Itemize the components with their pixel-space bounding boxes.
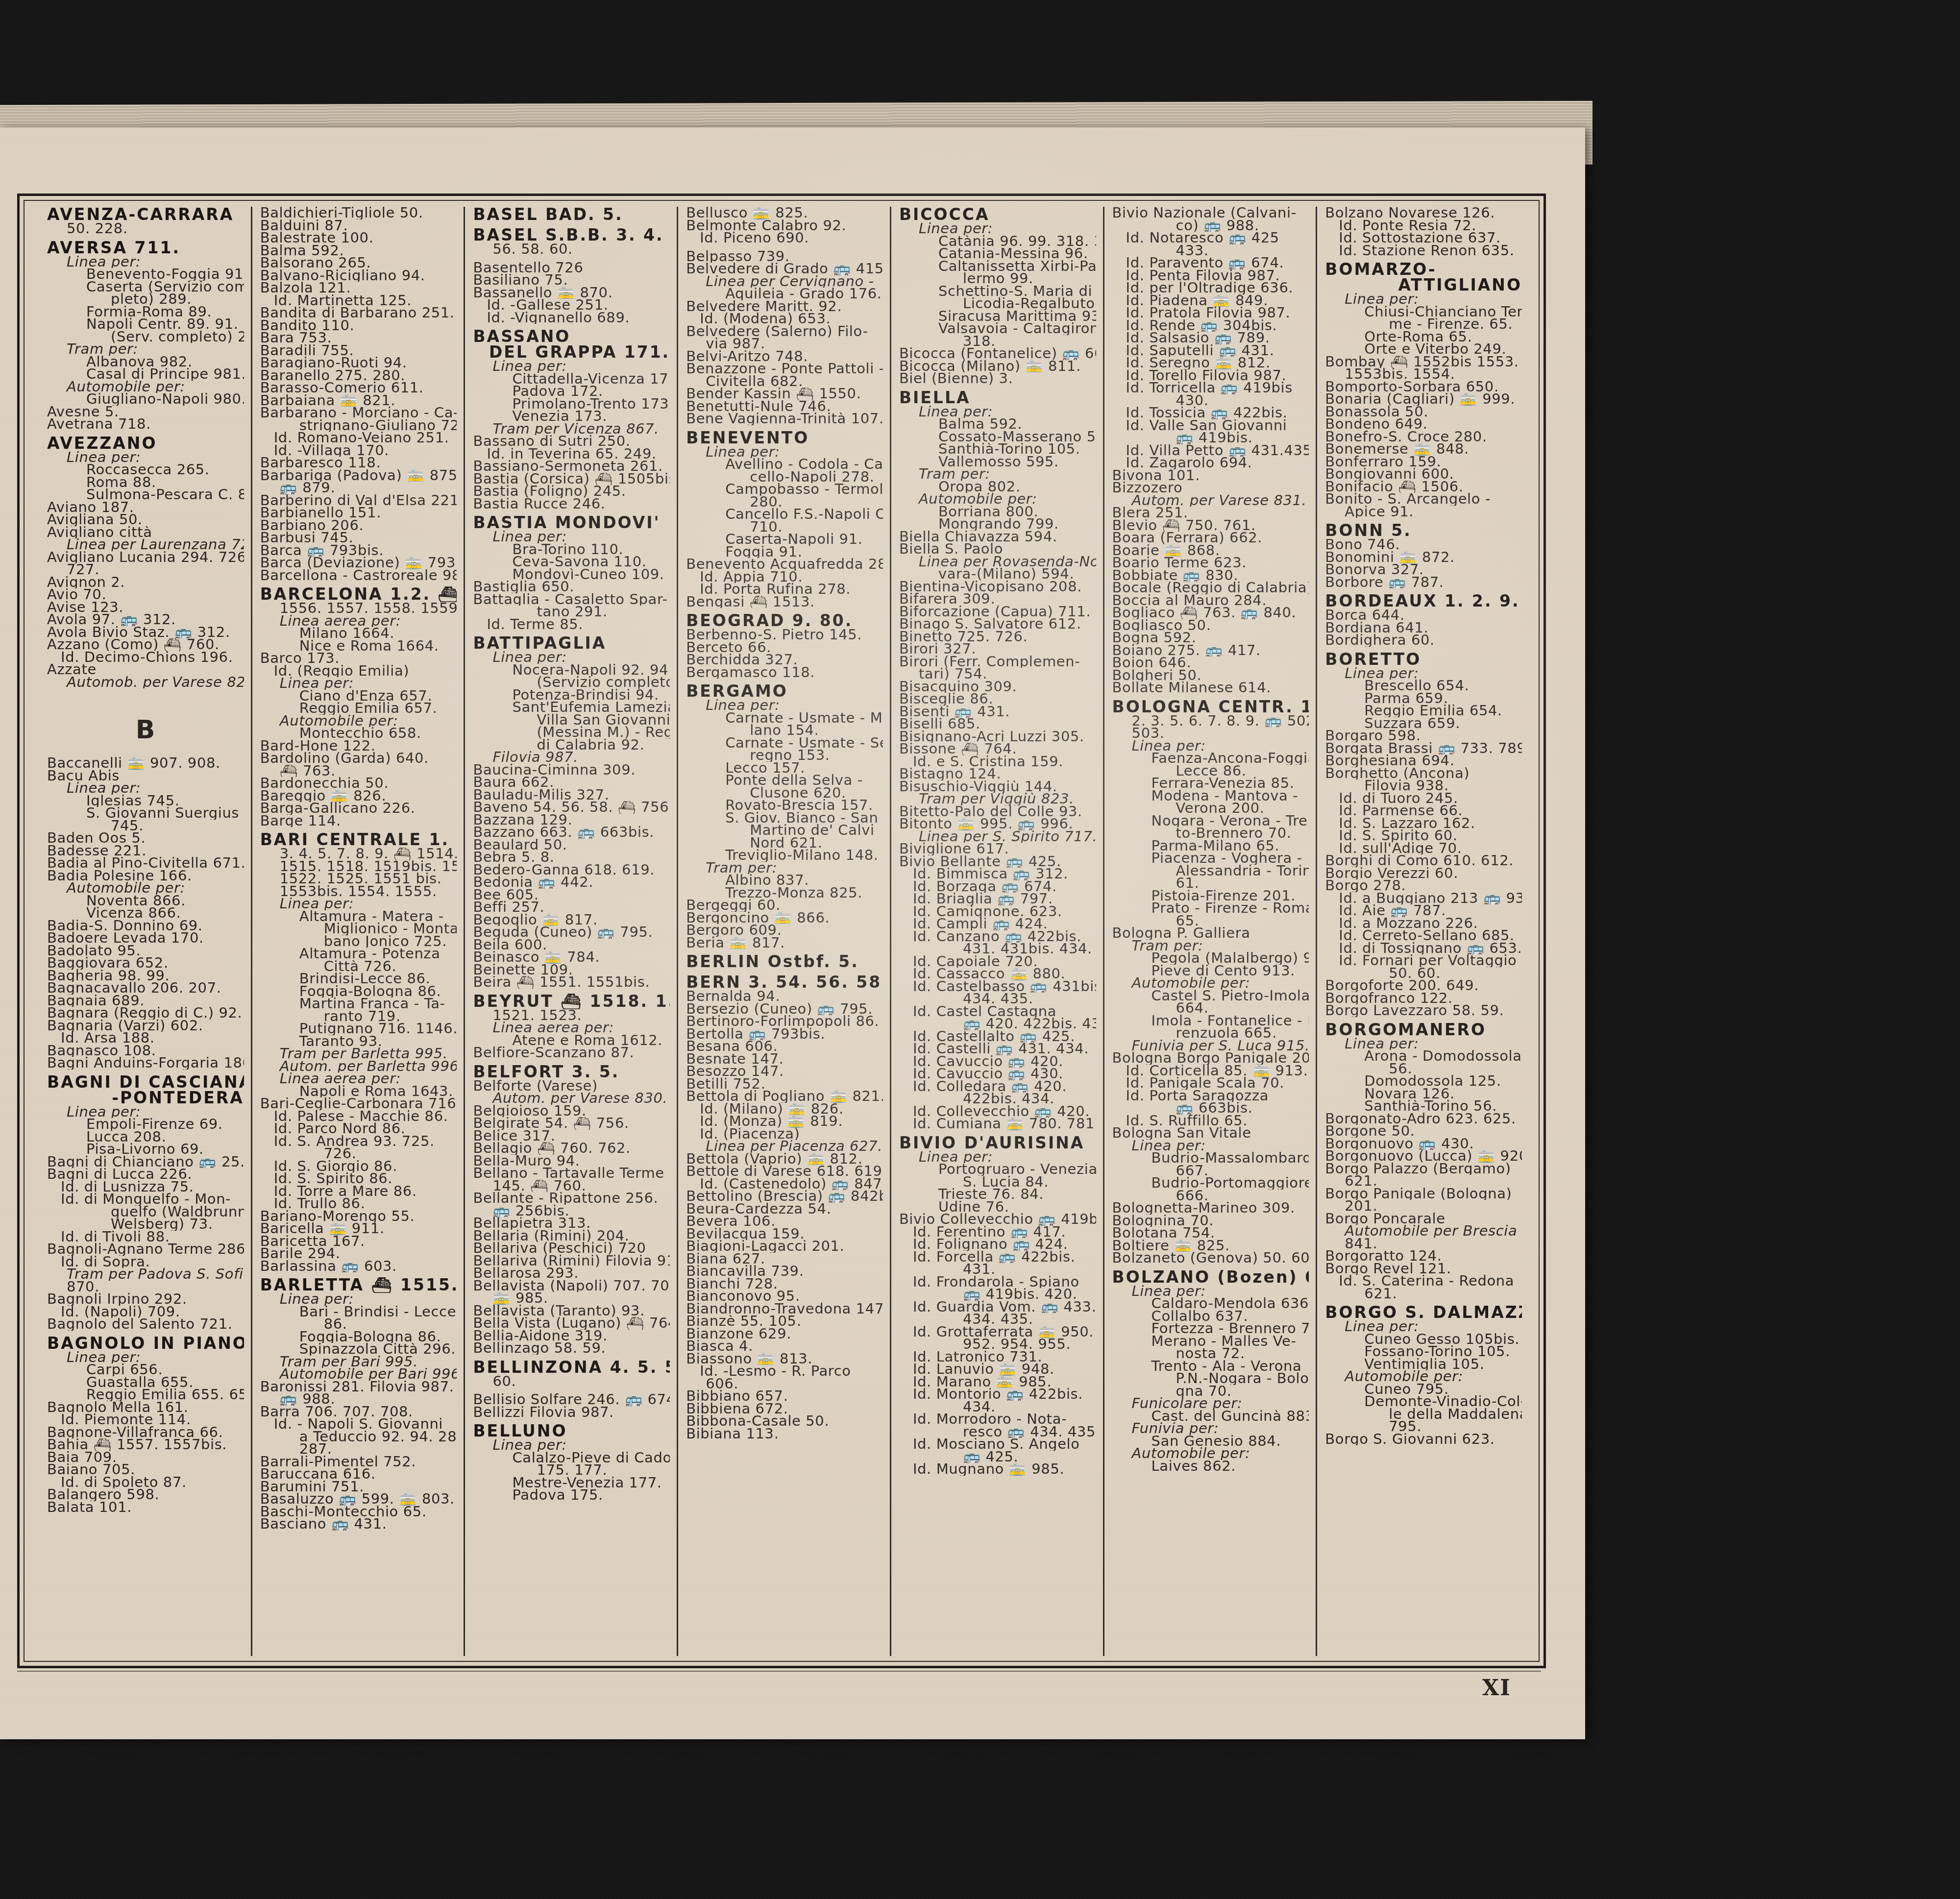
- station-entry: Barca 🚌 793bis.: [260, 544, 457, 557]
- station-entry: Bibbona-Casale 50.: [686, 1415, 883, 1428]
- continuation-line: Clusone 620.: [686, 787, 883, 800]
- station-sub-entry: Id. Piceno 690.: [686, 232, 883, 244]
- station-entry: Bellarosa 293.: [473, 1267, 670, 1280]
- station-heading: AVENZA-CARRARA: [47, 207, 244, 222]
- continuation-line: resco 🚌 434. 435.: [899, 1426, 1096, 1438]
- continuation-line: Licodia-Regalbuto 320: [899, 297, 1096, 310]
- station-entry: Bastia (Corsica) ⛴ 1505bis.: [473, 473, 670, 486]
- station-entry: Bee 605.: [473, 889, 670, 901]
- continuation-line: renzuola 665.: [1112, 1027, 1309, 1040]
- station-heading: BORETTO: [1325, 652, 1522, 667]
- station-entry: Biella Chiavazza 594.: [899, 531, 1096, 543]
- station-entry: Bevilacqua 159.: [686, 1228, 883, 1241]
- station-sub-entry: Id. Folignano 🚌 424.: [899, 1238, 1096, 1251]
- index-columns: AVENZA-CARRARA50. 228.AVERSA 711.Linea p…: [39, 207, 1529, 1656]
- destination-line: Imola - Fontanelice - Fi-: [1112, 1015, 1309, 1027]
- continuation-line: 745.: [47, 820, 244, 832]
- destination-line: Cossato-Masserano 593.: [899, 431, 1096, 443]
- station-entry: Beura-Cardezza 54.: [686, 1203, 883, 1216]
- transport-mode-label: Automobile per:: [1325, 1370, 1522, 1383]
- destination-line: Martina Franca - Ta-: [260, 998, 457, 1010]
- station-entry: Bagnara (Reggio di C.) 92.: [47, 1007, 244, 1020]
- station-entry: Baveno 54. 56. 58. ⛴ 756.: [473, 801, 670, 814]
- station-entry: Biel (Bienne) 3.: [899, 372, 1096, 385]
- index-column-1: AVENZA-CARRARA50. 228.AVERSA 711.Linea p…: [39, 207, 252, 1656]
- destination-line: Albanova 982.: [47, 356, 244, 368]
- continuation-line: 430.: [1112, 394, 1309, 407]
- continuation-line: 🚋 985.: [473, 1292, 670, 1305]
- station-sub-entry: Id. Penta Filovia 987.: [1112, 269, 1309, 282]
- destination-line: Milano 1664.: [260, 627, 457, 640]
- station-entry: Avignon 2.: [47, 576, 244, 589]
- station-sub-entry: Id. Piemonte 114.: [47, 1413, 244, 1426]
- continuation-line: 318.: [899, 335, 1096, 348]
- station-entry: Bisignano-Acri Luzzi 305.: [899, 730, 1096, 743]
- destination-line: Siracusa Marittima 93.: [899, 310, 1096, 323]
- transport-mode-label: Automobile per Bari 996.: [260, 1368, 457, 1381]
- station-sub-entry: Id. Piadena 🚋 849.: [1112, 294, 1309, 307]
- continuation-line: 50. 60.: [1325, 967, 1522, 980]
- continuation-line: bano Jonico 725.: [260, 935, 457, 948]
- station-entry: Borgo 278.: [1325, 879, 1522, 892]
- destination-line: 287.: [260, 1443, 457, 1456]
- station-sub-entry: Id. Campli 🚌 424.: [899, 918, 1096, 930]
- station-entry: Benazzone - Ponte Pattoli -: [686, 363, 883, 375]
- station-sub-entry: Id. Mugnano 🚋 985.: [899, 1463, 1096, 1476]
- station-sub-entry: Id. (Piacenza): [686, 1128, 883, 1141]
- station-entry: Azzano (Como) ⛴ 760.: [47, 638, 244, 651]
- destination-line: Altamura - Matera -: [260, 910, 457, 923]
- station-entry: Bettolino (Brescia) 🚌 842bis: [686, 1190, 883, 1203]
- station-entry: Bordighera 60.: [1325, 634, 1522, 647]
- station-entry: Benevento Acquafredda 280.: [686, 558, 883, 571]
- destination-line: Cast. del Guncinà 883.: [1112, 1410, 1309, 1423]
- station-entry: Bedonia 🚌 442.: [473, 876, 670, 889]
- station-entry: Bastia (Foligno) 245.: [473, 485, 670, 498]
- station-entry: Bissone ⛴ 764.: [899, 743, 1096, 755]
- station-heading: BAGNI DI CASCIANA: [47, 1074, 244, 1090]
- station-heading: BELFORT 3. 5.: [473, 1064, 670, 1080]
- station-entry: Bondeno 649.: [1325, 418, 1522, 431]
- transport-mode-label: Automob. per Varese 829.: [47, 676, 244, 689]
- station-heading: BASEL S.B.B. 3. 4. 5. 54.: [473, 227, 670, 243]
- station-entry: Badesse 221.: [47, 845, 244, 857]
- destination-line: Roccasecca 265.: [47, 463, 244, 476]
- station-entry: Bellizzi Filovia 987.: [473, 1406, 670, 1419]
- station-entry: Bastia Rucce 246.: [473, 498, 670, 511]
- station-entry: Bomporto-Sorbara 650.: [1325, 381, 1522, 393]
- station-entry: Bellano - Tartavalle Terme: [473, 1167, 670, 1180]
- destination-line: Napoli Centr. 89. 91.: [47, 318, 244, 331]
- destination-line: Oropa 802.: [899, 481, 1096, 493]
- continuation-line: ⛴ 763.: [260, 765, 457, 778]
- transport-mode-label: Linea per:: [47, 1351, 244, 1364]
- station-entry: Bariano-Morengo 55.: [260, 1210, 457, 1223]
- transport-mode-label: Linea per:: [260, 677, 457, 690]
- station-sub-entry: Id. Panigale Scala 70.: [1112, 1077, 1309, 1090]
- destination-line: Caserta (Servizio com-: [47, 281, 244, 293]
- continuation-line: 145. ⛴ 760.: [473, 1180, 670, 1193]
- station-sub-entry: Id. Forcella 🚌 422bis.: [899, 1251, 1096, 1264]
- station-entry: Bologna Borgo Panigale 201.: [1112, 1052, 1309, 1065]
- station-sub-entry: Id. S. Andrea 93. 725.: [260, 1135, 457, 1148]
- station-entry: Borgo Lavezzaro 58. 59.: [1325, 1004, 1522, 1017]
- spacer: [473, 256, 670, 262]
- station-entry: Balestrate 100.: [260, 232, 457, 244]
- station-sub-entry: Id. Salsasio 🚌 789.: [1112, 332, 1309, 344]
- destination-line: Benevento-Foggia 91.: [47, 268, 244, 281]
- transport-mode-label: Linea per:: [47, 256, 244, 268]
- station-entry: Baccanelli 🚋 907. 908.: [47, 757, 244, 770]
- station-entry: Bocale (Reggio di Calabria) 95.: [1112, 582, 1309, 594]
- station-entry: Bagnaria (Varzi) 602.: [47, 1020, 244, 1032]
- destination-line: Orte-Roma 65.: [1325, 331, 1522, 343]
- station-entry: Bagni di Lucca 226.: [47, 1168, 244, 1181]
- station-entry: Bandito 110.: [260, 319, 457, 332]
- station-sub-entry: Id. Borzaga 🚌 674.: [899, 880, 1096, 893]
- station-entry: Borgonato-Adro 623. 625.: [1325, 1113, 1522, 1125]
- continuation-line: 1553bis. 1554.: [1325, 368, 1522, 381]
- continuation-line: Verona 200.: [1112, 802, 1309, 815]
- destination-line: Treviglio-Milano 148.: [686, 849, 883, 862]
- station-entry: Bella Vista (Lugano) ⛴ 764.: [473, 1317, 670, 1330]
- spacer: [686, 244, 883, 250]
- continuation-line: 1553bis. 1554. 1555.: [260, 885, 457, 898]
- destination-line: San Genesio 884.: [1112, 1435, 1309, 1448]
- station-sub-entry: Id. Cassacco 🚋 880.: [899, 968, 1096, 980]
- station-entry: Bolotana 754.: [1112, 1227, 1309, 1240]
- station-heading: BERGAMO: [686, 683, 883, 699]
- destination-line: Guastalla 655.: [47, 1376, 244, 1389]
- station-entry: Bari-Ceglie-Carbonara 716.: [260, 1097, 457, 1110]
- destination-line: Trezzo-Monza 825.: [686, 887, 883, 900]
- station-entry: Berchidda 327.: [686, 654, 883, 666]
- destination-line: Bra-Torino 110.: [473, 543, 670, 556]
- destination-line: Cancello F.S.-Napoli C.: [686, 508, 883, 521]
- station-heading: BASTIA MONDOVI': [473, 515, 670, 531]
- continuation-line: 1521. 1523.: [473, 1009, 670, 1022]
- station-entry: Baura 662.: [473, 776, 670, 789]
- transport-mode-label: Tram per Padova S. Sofia: [47, 1268, 244, 1281]
- station-entry: Borgoratto 124.: [1325, 1250, 1522, 1263]
- station-sub-entry: Id. Palese - Macchie 86.: [260, 1110, 457, 1123]
- station-entry: Bolzaneto (Genova) 50. 60.: [1112, 1252, 1309, 1265]
- continuation-line: 50. 228.: [47, 222, 244, 235]
- index-column-2: Baldichieri-Tigliole 50.Balduini 87.Bale…: [252, 207, 465, 1656]
- station-heading: BARI CENTRALE 1. 2.: [260, 832, 457, 848]
- station-entry: Belgirate 54. ⛴ 756.: [473, 1117, 670, 1130]
- continuation-line: 280.: [686, 496, 883, 509]
- destination-line: Fortezza - Brennero 70.: [1112, 1322, 1309, 1335]
- station-entry: Bahia ⛴ 1557. 1557bis.: [47, 1438, 244, 1451]
- station-entry: Bogna 592.: [1112, 632, 1309, 644]
- destination-line: Carpi 656.: [47, 1363, 244, 1376]
- station-entry: Avola Bivio Staz. 🚌 312.: [47, 626, 244, 639]
- station-heading: BOLZANO (Bozen) 6. 7.: [1112, 1269, 1309, 1285]
- station-entry: Bologna P. Galliera: [1112, 927, 1309, 940]
- station-entry: Borghetto (Ancona): [1325, 767, 1522, 780]
- page-frame: AVENZA-CARRARA50. 228.AVERSA 711.Linea p…: [17, 194, 1546, 1668]
- destination-line: Mestre-Venezia 177.: [473, 1477, 670, 1489]
- station-entry: Basentello 726: [473, 262, 670, 274]
- station-entry: Borgonuovo (Lucca) 🚋 920.: [1325, 1150, 1522, 1163]
- station-sub-entry: Id. Appia 710.: [686, 571, 883, 584]
- station-entry: Borca 644.: [1325, 609, 1522, 622]
- station-sub-entry: Id. Castelbasso 🚌 431bis.: [899, 980, 1096, 993]
- station-entry: Biviglione 617.: [899, 843, 1096, 855]
- transport-mode-label: Linea per:: [473, 360, 670, 373]
- continuation-line: 434. 435.: [899, 1313, 1096, 1326]
- station-entry: Bertolla 🚌 793bis.: [686, 1028, 883, 1041]
- station-entry: Bogliasco 50.: [1112, 619, 1309, 632]
- station-entry: Barberino di Val d'Elsa 221.: [260, 494, 457, 507]
- station-entry: Bengasi ⛴ 1513.: [686, 596, 883, 609]
- station-entry: Bellagio ⛴ 760. 762.: [473, 1142, 670, 1155]
- station-sub-entry: Id. S. Spirito 60.: [1325, 829, 1522, 842]
- continuation-line: to-Brennero 70.: [1112, 827, 1309, 840]
- continuation-line: 1522. 1525. 1551 bis.: [260, 873, 457, 885]
- station-entry: Badia-S. Donnino 69.: [47, 920, 244, 932]
- station-sub-entry: Id. Porta Rufina 278.: [686, 583, 883, 596]
- station-sub-entry: Id. (Castenedolo) 🚌 847.: [686, 1178, 883, 1191]
- continuation-line: 🚌 425.: [899, 1451, 1096, 1463]
- continuation-line: Alessandria - Torino: [1112, 865, 1309, 877]
- destination-line: Portogruaro - Venezia: [899, 1163, 1096, 1176]
- station-sub-entry: Id. Grottaferrata 🚋 950.: [899, 1326, 1096, 1339]
- continuation-line: 1515. 1518. 1519bis. 1521.: [260, 860, 457, 873]
- continuation-line: tano 291.: [473, 606, 670, 618]
- station-heading: BAGNOLO IN PIANO: [47, 1336, 244, 1351]
- station-heading: ATTIGLIANO: [1325, 277, 1522, 293]
- station-sub-entry: Id. Cavuccio 🚌 430.: [899, 1068, 1096, 1080]
- destination-line: Catania-Messina 96.: [899, 247, 1096, 260]
- station-entry: Baranello 275. 280.: [260, 369, 457, 382]
- transport-mode-label: Linea aerea per:: [473, 1022, 670, 1034]
- transport-mode-label: Linea per S. Spirito 717.: [899, 830, 1096, 843]
- station-sub-entry: Id. S. Spirito 86.: [260, 1172, 457, 1185]
- station-sub-entry: Id. di Lusnizza 75.: [47, 1181, 244, 1193]
- destination-line: Piacenza - Voghera -: [1112, 852, 1309, 865]
- station-sub-entry: Id. S. Giorgio 86.: [260, 1160, 457, 1173]
- destination-line: Campobasso - Termoli: [686, 483, 883, 496]
- continuation-line: P.N.-Nogara - Bolo-: [1112, 1372, 1309, 1385]
- station-entry: Baiano 705.: [47, 1463, 244, 1476]
- station-sub-entry: Id. Mosciano S. Angelo: [899, 1438, 1096, 1451]
- station-entry: Bazzana 129.: [473, 814, 670, 827]
- destination-line: Taranto 93.: [260, 1035, 457, 1048]
- destination-line: a Teduccio 92. 94. 285.: [260, 1431, 457, 1443]
- station-heading: BEOGRAD 9. 80.: [686, 613, 883, 629]
- transport-mode-label: Linea per:: [1325, 1038, 1522, 1050]
- destination-line: Carnate - Usmate - Se-: [686, 737, 883, 750]
- station-entry: Bebra 5. 8.: [473, 851, 670, 864]
- station-entry: Borgata Brassi 🚌 733. 789.: [1325, 742, 1522, 755]
- station-entry: Baradili 755.: [260, 344, 457, 357]
- station-entry: Bivio Bellante 🚌 425.: [899, 855, 1096, 868]
- transport-mode-label: Automobile per:: [260, 715, 457, 728]
- station-sub-entry: Id. S. Caterina - Redona: [1325, 1275, 1522, 1288]
- station-heading: BERLIN Ostbf. 5.: [686, 954, 883, 970]
- station-entry: Biella S. Paolo: [899, 543, 1096, 556]
- transport-mode-label: Linea per:: [686, 699, 883, 712]
- transport-mode-label: Linea per:: [686, 446, 883, 459]
- station-heading: BIELLA: [899, 390, 1096, 406]
- station-entry: Bagni di Chianciano 🚌 25.: [47, 1156, 244, 1169]
- station-entry: Bettola di Pogliano 🚋 821.: [686, 1090, 883, 1103]
- station-entry: Besnate 147.: [686, 1053, 883, 1066]
- continuation-line: 666.: [1112, 1190, 1309, 1202]
- station-heading: BENEVENTO: [686, 430, 883, 446]
- station-entry: Birori (Ferr. Complemen-: [899, 656, 1096, 668]
- station-entry: Barbaresco 118.: [260, 457, 457, 469]
- station-entry: Blevio ⛴ 750. 761.: [1112, 519, 1309, 532]
- destination-line: Balma 592.: [899, 418, 1096, 431]
- station-entry: Bellavista (Taranto) 93.: [473, 1305, 670, 1317]
- station-entry: Bassiano-Sermoneta 261.: [473, 460, 670, 473]
- transport-mode-label: Linea per:: [1325, 1320, 1522, 1333]
- index-column-5: BICOCCALinea per:Catània 96. 99. 318. 32…: [891, 207, 1104, 1656]
- station-entry: Avesne 5.: [47, 406, 244, 418]
- continuation-line: S. Lucia 84.: [899, 1176, 1096, 1189]
- continuation-line: Miglionico - Montal-: [260, 923, 457, 935]
- continuation-line: di Calabria 92.: [473, 739, 670, 752]
- transport-mode-label: Automobile per:: [1112, 1447, 1309, 1460]
- continuation-line: via 987.: [686, 338, 883, 350]
- destination-line: Parma 659.: [1325, 692, 1522, 705]
- continuation-line: Nord 621.: [686, 837, 883, 850]
- destination-line: Putignano 716. 1146.: [260, 1023, 457, 1035]
- station-sub-entry: Id. Frondarola - Spiano: [899, 1276, 1096, 1289]
- destination-line: Montecchio 658.: [260, 727, 457, 740]
- station-sub-entry: Id. Terme 85.: [473, 618, 670, 631]
- transport-mode-label: Tram per Barletta 995.: [260, 1047, 457, 1060]
- continuation-line: regno 153.: [686, 749, 883, 762]
- continuation-line: co) 🚌 988.: [1112, 219, 1309, 232]
- station-sub-entry: Id. Sottostazione 637.: [1325, 232, 1522, 244]
- station-entry: Bevera 106.: [686, 1215, 883, 1228]
- station-sub-entry: Id. Guardia Vom. 🚌 433.: [899, 1301, 1096, 1314]
- destination-line: Vicenza 866.: [47, 907, 244, 920]
- station-entry: Borgoforte 200. 649.: [1325, 979, 1522, 992]
- transport-mode-label: Funivia per S. Luca 915.: [1112, 1040, 1309, 1052]
- transport-mode-label: Automobile per:: [47, 381, 244, 393]
- destination-line: Sulmona-Pescara C. 88.: [47, 488, 244, 501]
- station-entry: Boarie 🚋 868.: [1112, 544, 1309, 557]
- continuation-line: 56. 58. 60.: [473, 243, 670, 256]
- station-entry: Barco 173.: [260, 652, 457, 665]
- continuation-line: Welsberg) 73.: [47, 1218, 244, 1231]
- continuation-line: nosta 72.: [1112, 1347, 1309, 1360]
- station-sub-entry: Id. Porta Saragozza: [1112, 1090, 1309, 1102]
- station-entry: Binetto 725. 726.: [899, 631, 1096, 643]
- continuation-line: 621.: [1325, 1175, 1522, 1188]
- station-entry: Bassano di Sutri 250.: [473, 435, 670, 448]
- station-entry: Blera 251.: [1112, 507, 1309, 519]
- station-entry: Baricella 🚋 911.: [260, 1222, 457, 1235]
- station-sub-entry: Id. Martinetta 125.: [260, 294, 457, 307]
- station-sub-entry: Id. di Monguelfo - Mon-: [47, 1193, 244, 1206]
- destination-line: Filovia 938.: [1325, 779, 1522, 792]
- station-entry: Barbiano 206.: [260, 519, 457, 532]
- station-entry: Bonferraro 159.: [1325, 456, 1522, 468]
- station-entry: Bolognetta-Marineo 309.: [1112, 1202, 1309, 1215]
- continuation-line: 🚌 419bis. 420.: [899, 1288, 1096, 1301]
- transport-mode-label: Linea per:: [473, 1439, 670, 1452]
- station-entry: Borgo Palazzo (Bergamo): [1325, 1163, 1522, 1175]
- station-sub-entry: Id. -Villaga 170.: [260, 444, 457, 457]
- station-entry: Bellapietra 313.: [473, 1217, 670, 1230]
- destination-line: Caltanissetta Xirbi-Pa-: [899, 260, 1096, 273]
- continuation-line: 60.: [473, 1375, 670, 1388]
- station-heading: BORGOMANERO: [1325, 1022, 1522, 1038]
- station-entry: Beria 🚋 817.: [686, 937, 883, 949]
- continuation-line: 433.: [1112, 244, 1309, 257]
- transport-mode-label: Tram per Viggiù 823.: [899, 793, 1096, 805]
- station-entry: Avola 97. 🚌 312.: [47, 613, 244, 626]
- continuation-line: 201.: [1325, 1200, 1522, 1213]
- station-entry: Balvano-Ricigliano 94.: [260, 269, 457, 282]
- destination-line: Formia-Roma 89.: [47, 306, 244, 318]
- destination-line: Foggia-Bologna 86.: [260, 1331, 457, 1343]
- station-entry: Baragiano-Ruoti 94.: [260, 357, 457, 369]
- continuation-line: Martino de' Calvi: [686, 824, 883, 837]
- station-entry: Balata 101.: [47, 1501, 244, 1514]
- continuation-line: pleto) 289.: [47, 293, 244, 306]
- station-heading: AVERSA 711.: [47, 240, 244, 256]
- destination-line: Cuneo 795.: [1325, 1383, 1522, 1396]
- destination-line: Collalbo 637.: [1112, 1310, 1309, 1323]
- station-entry: Bedero-Ganna 618. 619.: [473, 864, 670, 876]
- station-entry: Borgonuovo 🚌 430.: [1325, 1138, 1522, 1150]
- destination-line: Nocera-Napoli 92. 94.: [473, 664, 670, 677]
- destination-line: Cittadella-Vicenza 171.: [473, 373, 670, 386]
- destination-line: Atene e Roma 1612.: [473, 1034, 670, 1047]
- station-entry: Bianchi 728.: [686, 1278, 883, 1290]
- destination-line: Vallemosso 595.: [899, 456, 1096, 468]
- station-sub-entry: Id. Colledara 🚌 420.: [899, 1080, 1096, 1093]
- transport-mode-label: Tram per:: [1112, 940, 1309, 952]
- station-sub-entry: Id. Paravento 🚌 674.: [1112, 257, 1309, 269]
- station-entry: Bologna San Vitale: [1112, 1127, 1309, 1140]
- station-entry: Azzate: [47, 663, 244, 676]
- continuation-line: 434. 435.: [899, 993, 1096, 1005]
- station-entry: Borgo S. Giovanni 623.: [1325, 1433, 1522, 1446]
- continuation-line: 664.: [1112, 1002, 1309, 1015]
- destination-line: Budrio-Portomaggiore: [1112, 1177, 1309, 1190]
- station-entry: Avigliano città: [47, 526, 244, 539]
- transport-mode-label: Tram per:: [47, 343, 244, 356]
- destination-line: Casal di Principe 981.: [47, 368, 244, 381]
- station-sub-entry: Id. (Milano) 🚋 826.: [686, 1103, 883, 1116]
- station-entry: Bisenti 🚌 431.: [899, 706, 1096, 718]
- transport-mode-label: Linea per:: [1112, 1140, 1309, 1152]
- station-entry: Belgioioso 159.: [473, 1105, 670, 1118]
- station-entry: Barbariga (Padova) 🚋 875.: [260, 469, 457, 482]
- station-entry: Beila 600.: [473, 939, 670, 951]
- destination-line: Parma-Milano 65.: [1112, 840, 1309, 852]
- index-column-3: BASEL BAD. 5.BASEL S.B.B. 3. 4. 5. 54.56…: [465, 207, 678, 1656]
- destination-line: Ponte della Selva -: [686, 774, 883, 787]
- destination-line: vara-(Milano) 594.: [899, 568, 1096, 581]
- station-entry: Barge 114.: [260, 815, 457, 828]
- destination-line: Venezia 173.: [473, 410, 670, 423]
- station-heading: BASEL BAD. 5.: [473, 207, 670, 222]
- station-sub-entry: Id. Seregno 🚋 812.: [1112, 357, 1309, 369]
- destination-line: Merano - Malles Ve-: [1112, 1335, 1309, 1348]
- station-entry: Baucina-Ciminna 309.: [473, 764, 670, 777]
- station-entry: Bobbiate 🚌 830.: [1112, 569, 1309, 582]
- transport-mode-label: Linea per:: [47, 451, 244, 464]
